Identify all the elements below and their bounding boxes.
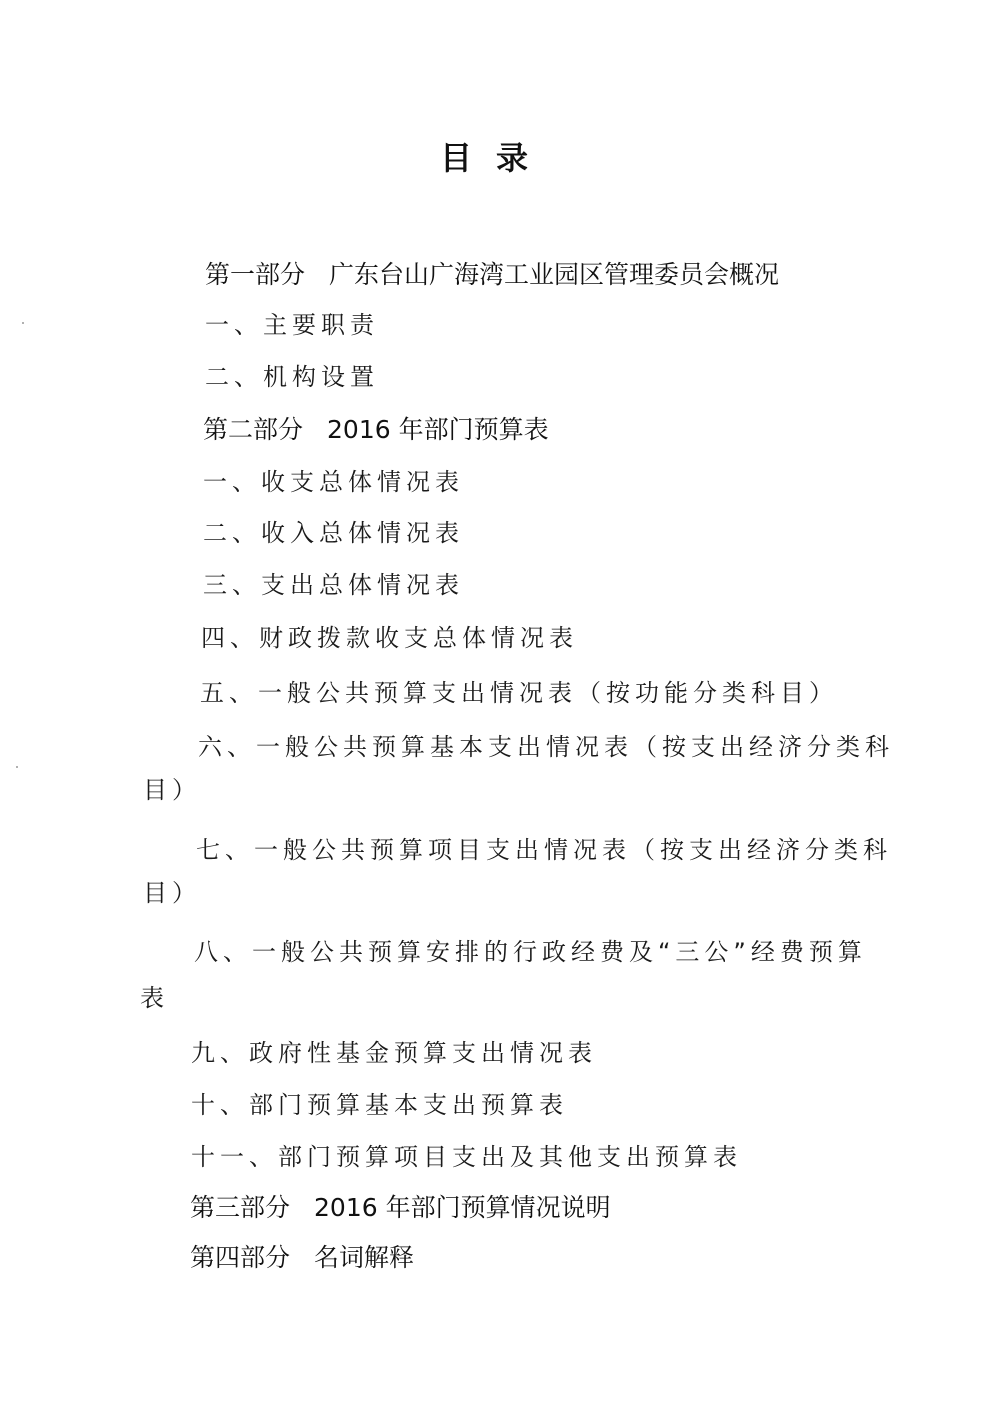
part-title: 2016 年部门预算情况说明: [314, 1193, 611, 1222]
page-title: 目录: [0, 133, 992, 179]
part-title: 2016 年部门预算表: [327, 415, 549, 444]
part-label: 第二部分: [203, 415, 303, 444]
scan-speck: [16, 766, 18, 768]
part-label: 第三部分: [190, 1193, 290, 1222]
toc-item: 六、一般公共预算基本支出情况表（按支出经济分类科: [198, 727, 894, 762]
toc-item: 七、一般公共预算项目支出情况表（按支出经济分类科: [196, 830, 892, 865]
toc-item: 十一、部门预算项目支出及其他支出预算表: [191, 1137, 742, 1172]
toc-part-4: 第四部分名词解释: [190, 1238, 414, 1274]
toc-item: 四、财政拨款收支总体情况表: [201, 618, 578, 653]
toc-item-continued: 目）: [143, 873, 201, 908]
toc-item: 十、部门预算基本支出预算表: [191, 1085, 568, 1120]
toc-item: 一、收支总体情况表: [203, 462, 464, 497]
toc-item-continued: 目）: [143, 770, 201, 805]
toc-item: 九、政府性基金预算支出情况表: [191, 1033, 597, 1068]
toc-item: 一、主要职责: [205, 305, 379, 340]
toc-part-3: 第三部分2016 年部门预算情况说明: [190, 1188, 611, 1224]
toc-item-continued: 表: [140, 978, 169, 1013]
toc-item: 三、支出总体情况表: [203, 565, 464, 600]
part-label: 第四部分: [190, 1243, 290, 1272]
toc-item: 八、一般公共预算安排的行政经费及“三公”经费预算: [194, 932, 867, 967]
part-title: 名词解释: [314, 1243, 414, 1272]
toc-part-1: 第一部分广东台山广海湾工业园区管理委员会概况: [205, 255, 779, 291]
toc-item: 五、一般公共预算支出情况表（按功能分类科目）: [200, 673, 838, 708]
scan-speck: [22, 322, 24, 324]
toc-item: 二、机构设置: [205, 357, 379, 392]
toc-item: 二、收入总体情况表: [203, 513, 464, 548]
part-label: 第一部分: [205, 260, 305, 289]
part-title: 广东台山广海湾工业园区管理委员会概况: [329, 260, 779, 289]
toc-part-2: 第二部分2016 年部门预算表: [203, 410, 549, 446]
